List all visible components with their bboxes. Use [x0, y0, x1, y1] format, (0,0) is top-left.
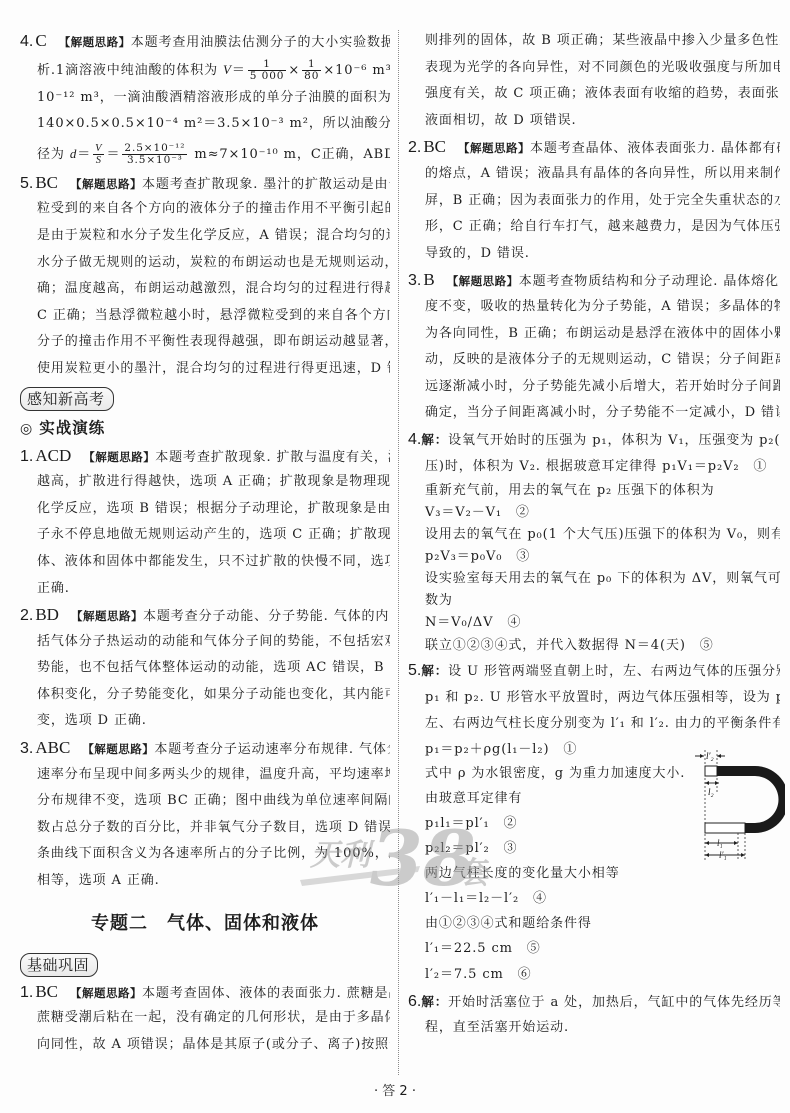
- question-number: 5.: [20, 175, 33, 192]
- solution-label: 解：: [421, 994, 448, 1009]
- solution-text: 导致的，D 错误.: [408, 241, 780, 268]
- solution-text: 屏，B 正确；因为表面张力的作用，处于完全失重状态的水滴呈球: [408, 188, 780, 215]
- answer-choice: ABC: [35, 738, 70, 757]
- solution-text: 分布规律不变，选项 BC 正确；图中曲线为单位速率间隔的分子: [20, 788, 390, 815]
- svg-text:l₁: l₁: [717, 838, 723, 848]
- solution-text: 确；温度越高，布朗运动越激烈，混合均匀的过程进行得越迅速，: [20, 276, 390, 303]
- chapter-title: 专题二 气体、固体和液体: [20, 895, 390, 949]
- solution-text: 设实验室每天用去的氧气在 p₀ 下的体积为 ΔV，则氧气可用的天: [408, 568, 780, 590]
- solution-text: C 正确；当悬浮微粒越小时，悬浮微粒受到的来自各个方向的液体: [20, 303, 390, 330]
- answer-item-q5: 5.BC【解题思路】本题考查扩散现象. 墨汁的扩散运动是由于炭 粒受到的来自各个…: [20, 170, 390, 383]
- column-divider: [398, 30, 399, 1075]
- solution-text: 本题考查物质结构和分子动理论. 晶体熔化时温: [519, 274, 780, 289]
- left-column: 4.C【解题思路】本题考查用油膜法估测分子的大小实验数据分 析.1滴溶液中纯油酸…: [20, 28, 390, 1058]
- solution-text: 程，直至活塞开始运动.: [408, 1015, 780, 1042]
- equation: V₃＝V₂－V₁ ②: [408, 502, 780, 524]
- solution-text: 数占总分子数的百分比，并非氧气分子数目，选项 D 错误；图中两: [20, 815, 390, 842]
- question-number: 6.: [408, 993, 421, 1010]
- solution-text: 开始时活塞位于 a 处，加热后，气缸中的气体先经历等容过: [448, 995, 780, 1010]
- solution-text: 括气体分子热运动的动能和气体分子间的势能，不包括宏观重力: [20, 629, 390, 656]
- subsection-label: 实战演练: [39, 419, 105, 437]
- solution-label: 解：: [421, 663, 448, 678]
- solution-text: 粒受到的来自各个方向的液体分子的撞击作用不平衡引起的，不: [20, 196, 390, 223]
- solution-text: 相等，选项 A 正确.: [20, 868, 390, 895]
- solution-label: 解：: [421, 432, 448, 447]
- answer-choice: C: [35, 31, 46, 50]
- solution-text: 本题考查用油膜法估测分子的大小实验数据分: [131, 35, 390, 50]
- question-number: 4.: [408, 431, 421, 448]
- solution-text: 两边气柱长度的变化量大小相等: [408, 861, 780, 886]
- equation: l′₁＝22.5 cm ⑤: [408, 936, 780, 961]
- solution-text: 的熔点，A 错误；液晶具有晶体的各向异性，所以用来制作手机: [408, 161, 780, 188]
- solution-text: 本题考查分子动能、分子势能. 气体的内能包: [143, 609, 390, 624]
- equation: l′₂＝7.5 cm ⑥: [408, 961, 780, 989]
- solution-text: 是由于炭粒和水分子发生化学反应，A 错误；混合均匀的过程中，: [20, 223, 390, 250]
- answer-page: 4.C【解题思路】本题考查用油膜法估测分子的大小实验数据分 析.1滴溶液中纯油酸…: [0, 0, 790, 1113]
- solution-text: 水分子做无规则的运动，炭粒的布朗运动也是无规则运动，B 正: [20, 250, 390, 277]
- equation: l′₁－l₁＝l₂－l′₂ ④: [408, 886, 780, 911]
- svg-text:l′₂: l′₂: [706, 751, 714, 761]
- solution-text: p₁ 和 p₂. U 形管水平放置时，两边气体压强相等，设为 p，此时原: [408, 685, 780, 712]
- solution-tag: 【解题思路】: [70, 986, 142, 1000]
- answer-item-b2: 2.BC【解题思路】本题考查晶体、液体表面张力. 晶体都有确定 的熔点，A 错误…: [408, 134, 780, 267]
- solution-text: ×10⁻⁶ m³＝2.5×: [323, 63, 390, 78]
- answer-item-p2: 2.BD【解题思路】本题考查分子动能、分子势能. 气体的内能包 括气体分子热运动…: [20, 602, 390, 735]
- page-number: · 答 2 ·: [0, 1080, 790, 1099]
- solution-text: 左、右两边气柱长度分别变为 l′₁ 和 l′₂. 由力的平衡条件有: [408, 711, 780, 738]
- solution-text: 正确.: [20, 576, 390, 603]
- question-number: 3.: [408, 272, 421, 289]
- right-column: 则排列的固体，故 B 项正确；某些液晶中掺入少量多色性染料后， 表现为光学的各向…: [408, 28, 780, 1042]
- section-badge-gaokao: 感知新高考: [20, 387, 114, 411]
- solution-text: 确定，当分子间距离减小时，分子势能不一定减小，D 错误.: [408, 400, 780, 427]
- answer-choice: BC: [423, 137, 446, 156]
- solution-text: 本题考查晶体、液体表面张力. 晶体都有确定: [530, 141, 780, 156]
- solution-text: 变，选项 D 正确.: [20, 708, 390, 735]
- math-var: V: [223, 62, 232, 77]
- solution-text: 速率分布呈现中间多两头少的规律，温度升高，平均速率增大，但: [20, 762, 390, 789]
- solution-text: 设 U 形管两端竖直朝上时，左、右两边气体的压强分别为: [448, 664, 780, 679]
- question-number: 5.: [408, 662, 421, 679]
- solution-text: 分子的撞击作用不平衡性表现得越强，即布朗运动越显著，所以: [20, 329, 390, 356]
- answer-choice: B: [423, 270, 434, 289]
- solution-text: 强度有关，故 C 项正确；液体表面有收缩的趋势，表面张力方向与: [408, 81, 780, 108]
- solution-tag: 【解题思路】: [447, 274, 519, 288]
- equation: p₂V₃＝p₀V₀ ③: [408, 546, 780, 568]
- fraction: 2.5×10⁻¹²3.5×10⁻³: [122, 143, 187, 166]
- answer-choice: BD: [35, 605, 59, 624]
- solution-text: 本题考查扩散现象. 扩散与温度有关，温度: [155, 450, 390, 465]
- answer-choice: BC: [35, 173, 58, 192]
- solution-text: 径为: [37, 147, 70, 162]
- solution-text: 则排列的固体，故 B 项正确；某些液晶中掺入少量多色性染料后，: [408, 28, 780, 55]
- solution-text: 由①②③④式和题给条件得: [408, 911, 780, 936]
- solution-text: 化学反应，选项 B 错误；根据分子动理论，扩散现象是由于物质分: [20, 496, 390, 523]
- solution-text: 140×0.5×0.5×10⁻⁴ m²＝3.5×10⁻³ m²，所以油酸分子的直: [20, 111, 390, 138]
- question-number: 2.: [20, 607, 33, 624]
- solution-text: 形，C 正确；给自行车打气，越来越费力，是因为气体压强越来越大: [408, 214, 780, 241]
- equation: N＝V₀/ΔV ④: [408, 612, 780, 634]
- solution-text: 数为: [408, 590, 780, 612]
- solution-text: 设氧气开始时的压强为 p₁，体积为 V₁，压强变为 p₂(2 个大气: [448, 433, 780, 448]
- solution-tag: 【解题思路】: [59, 35, 131, 49]
- solution-text: 条曲线下面积含义为各速率所占的分子比例，为 100%，所以面积: [20, 841, 390, 868]
- answer-choice: ACD: [35, 446, 71, 465]
- solution-tag: 【解题思路】: [71, 609, 143, 623]
- solution-tag: 【解题思路】: [458, 141, 530, 155]
- subsection-heading: ◎实战演练: [20, 413, 390, 443]
- answer-item-q4: 4.C【解题思路】本题考查用油膜法估测分子的大小实验数据分 析.1滴溶液中纯油酸…: [20, 28, 390, 170]
- math-var: d: [70, 146, 77, 161]
- solution-text: 越高，扩散进行得越快，选项 A 正确；扩散现象是物理现象，不是: [20, 469, 390, 496]
- solution-tag: 【解题思路】: [70, 177, 142, 191]
- solution-text: 析.1滴溶液中纯油酸的体积为: [37, 63, 223, 78]
- fraction: 15 000: [248, 59, 287, 82]
- solution-text: 压)时，体积为 V₂. 根据玻意耳定律得 p₁V₁＝p₂V₂ ①: [408, 454, 780, 481]
- solution-text: 蔗糖受潮后粘在一起，没有确定的几何形状，是由于多晶体的各: [20, 1005, 390, 1032]
- u-tube-figure: l′₂ l₂ l₁: [695, 748, 785, 863]
- answer-item-b1: 1.BC【解题思路】本题考查固体、液体的表面张力. 蔗糖是晶体， 蔗糖受潮后粘在…: [20, 979, 390, 1059]
- solution-text: 体积变化，分子势能变化，如果分子动能也变化，其内能可能不: [20, 682, 390, 709]
- solution-text: 体、液体和固体中都能发生，只不过扩散的快慢不同，选项 D: [20, 549, 390, 576]
- solution-text: 10⁻¹² m³，一滴油酸酒精溶液形成的单分子油膜的面积为 S＝: [20, 85, 390, 112]
- solution-text: 向同性，故 A 项错误；晶体是其原子(或分子、离子)按照一定的规: [20, 1032, 390, 1059]
- solution-text: 子永不停息地做无规则运动产生的，选项 C 正确；扩散现象在气: [20, 522, 390, 549]
- solution-text: 联立①②③④式，并代入数据得 N＝4(天) ⑤: [408, 634, 780, 658]
- answer-choice: BC: [35, 982, 58, 1001]
- answer-item-p1: 1.ACD【解题思路】本题考查扩散现象. 扩散与温度有关，温度 越高，扩散进行得…: [20, 443, 390, 603]
- question-number: 2.: [408, 139, 421, 156]
- question-number: 1.: [20, 448, 33, 465]
- solution-text: m≈7×10⁻¹⁰ m，C正确，ABD错误.: [189, 147, 390, 162]
- section-badge-basics: 基础巩固: [20, 953, 98, 977]
- solution-text: 表现为光学的各向异性，对不同颜色的光吸收强度与所加电场的: [408, 55, 780, 82]
- question-number: 1.: [20, 984, 33, 1001]
- solution-tag: 【解题思路】: [83, 450, 155, 464]
- solution-text: 为各向同性，B 正确；布朗运动是悬浮在液体中的固体小颗粒的运: [408, 321, 780, 348]
- solution-text: 本题考查固体、液体的表面张力. 蔗糖是晶体，: [142, 986, 390, 1001]
- fraction: VS: [93, 143, 104, 166]
- answer-item-b1-continued: 则排列的固体，故 B 项正确；某些液晶中掺入少量多色性染料后， 表现为光学的各向…: [408, 28, 780, 134]
- svg-text:l′₁: l′₁: [719, 850, 727, 860]
- answer-item-b6: 6.解：开始时活塞位于 a 处，加热后，气缸中的气体先经历等容过 程，直至活塞开…: [408, 989, 780, 1042]
- solution-text: 度不变，吸收的热量转化为分子势能，A 错误；多晶体的物理性质: [408, 294, 780, 321]
- solution-text: 动，反映的是液体分子的无规则运动，C 错误；分子间距离从无穷: [408, 347, 780, 374]
- answer-item-p3: 3.ABC【解题思路】本题考查分子运动速率分布规律. 气体分子 速率分布呈现中间…: [20, 735, 390, 895]
- question-number: 3.: [20, 740, 33, 757]
- solution-text: 本题考查扩散现象. 墨汁的扩散运动是由于炭: [142, 177, 390, 192]
- question-number: 4.: [20, 33, 33, 50]
- fraction: 180: [302, 59, 321, 82]
- solution-text: 设用去的氧气在 p₀(1 个大气压)压强下的体积为 V₀，则有: [408, 524, 780, 546]
- answer-item-b4: 4.解：设氧气开始时的压强为 p₁，体积为 V₁，压强变为 p₂(2 个大气 压…: [408, 427, 780, 658]
- double-circle-icon: ◎: [20, 421, 33, 437]
- svg-text:l₂: l₂: [708, 787, 714, 797]
- solution-text: 使用炭粒更小的墨汁，混合均匀的过程进行得更迅速，D 错误.: [20, 356, 390, 383]
- solution-text: 势能，也不包括气体整体运动的动能，选项 AC 错误，B 正确；气体: [20, 655, 390, 682]
- solution-tag: 【解题思路】: [82, 742, 154, 756]
- solution-text: 重新充气前，用去的氧气在 p₂ 压强下的体积为: [408, 480, 780, 502]
- solution-text: 远逐渐减小时，分子势能先减小后增大，若开始时分子间距离不: [408, 374, 780, 401]
- solution-text: 本题考查分子运动速率分布规律. 气体分子: [154, 742, 390, 757]
- u-tube-diagram: l′₂ l₂ l₁: [695, 748, 785, 863]
- solution-text: 液面相切，故 D 项错误.: [408, 108, 780, 135]
- answer-item-b3: 3.B【解题思路】本题考查物质结构和分子动理论. 晶体熔化时温 度不变，吸收的热…: [408, 267, 780, 427]
